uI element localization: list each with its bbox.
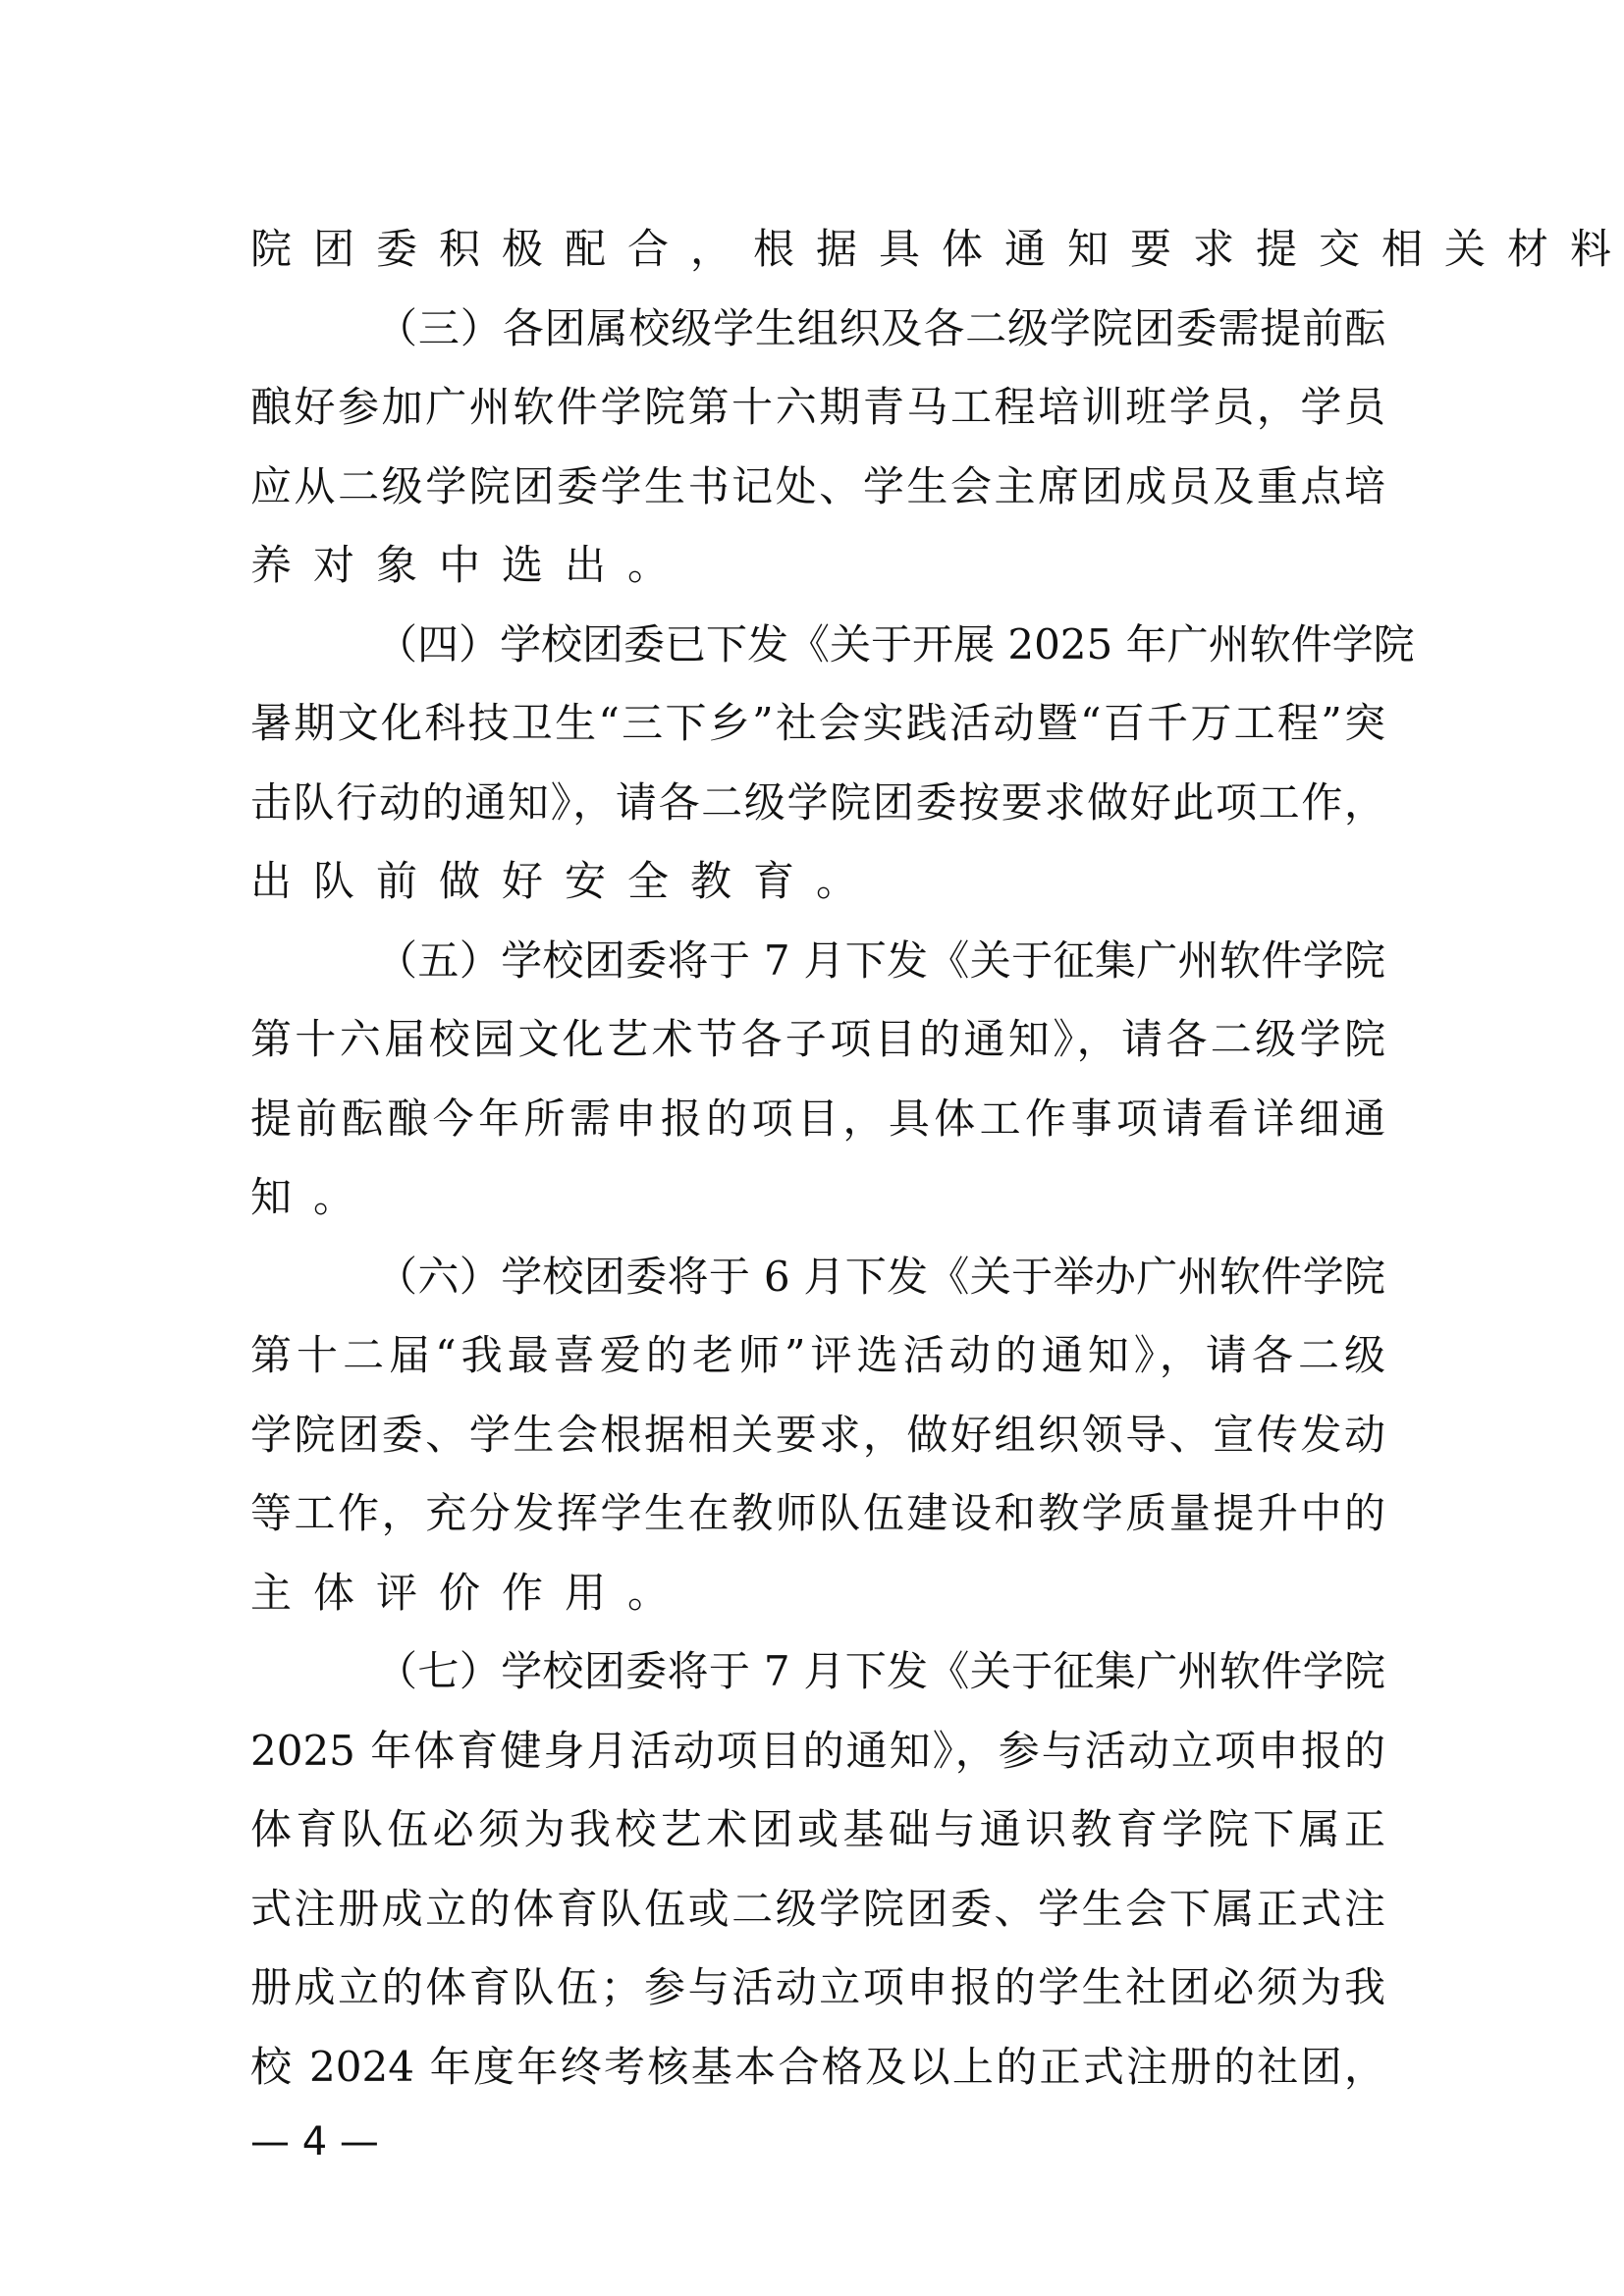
- paragraph-item-6-line: 主体评价作用。: [250, 1562, 1385, 1641]
- paragraph-item-3-line: 应从二级学院团委学生书记处、学生会主席团成员及重点培: [250, 455, 1385, 535]
- paragraph-item-3-line: 酿好参加广州软件学院第十六期青马工程培训班学员，学员: [250, 376, 1385, 455]
- paragraph-item-5-line: （五）学校团委将于 7 月下发《关于征集广州软件学院: [250, 930, 1385, 1009]
- paragraph-item-5-line: 提前酝酿今年所需申报的项目，具体工作事项请看详细通: [250, 1088, 1385, 1167]
- document-page: 院团委积极配合，根据具体通知要求提交相关材料。 （三）各团属校级学生组织及各二级…: [0, 0, 1624, 2296]
- paragraph-item-7-line: 2025 年体育健身月活动项目的通知》，参与活动立项申报的: [250, 1720, 1385, 1799]
- paragraph-item-3-line: （三）各团属校级学生组织及各二级学院团委需提前酝: [250, 297, 1385, 377]
- paragraph-item-4-line: 击队行动的通知》，请各二级学院团委按要求做好此项工作，: [250, 772, 1385, 851]
- paragraph-item-4-line: 出队前做好安全教育。: [250, 850, 1385, 930]
- paragraph-item-7-line: 册成立的体育队伍；参与活动立项申报的学生社团必须为我: [250, 1956, 1385, 2036]
- paragraph-item-7-line: 校 2024 年度年终考核基本合格及以上的正式注册的社团，: [250, 2036, 1385, 2115]
- paragraph-item-3-line: 养对象中选出。: [250, 534, 1385, 614]
- paragraph-item-4-line: 暑期文化科技卫生“三下乡”社会实践活动暨“百千万工程”突: [250, 692, 1385, 772]
- paragraph-item-7-line: 式注册成立的体育队伍或二级学院团委、学生会下属正式注: [250, 1878, 1385, 1957]
- paragraph-item-7-line: （七）学校团委将于 7 月下发《关于征集广州软件学院: [250, 1640, 1385, 1720]
- paragraph-item-6-line: （六）学校团委将于 6 月下发《关于举办广州软件学院: [250, 1246, 1385, 1325]
- paragraph-line: 院团委积极配合，根据具体通知要求提交相关材料。: [250, 218, 1385, 297]
- paragraph-item-6-line: 等工作，充分发挥学生在教师队伍建设和教学质量提升中的: [250, 1482, 1385, 1562]
- paragraph-item-6-line: 学院团委、学生会根据相关要求，做好组织领导、宣传发动: [250, 1404, 1385, 1483]
- paragraph-item-5-line: 第十六届校园文化艺术节各子项目的通知》，请各二级学院: [250, 1008, 1385, 1088]
- paragraph-item-5-line: 知。: [250, 1166, 1385, 1246]
- document-body: 院团委积极配合，根据具体通知要求提交相关材料。 （三）各团属校级学生组织及各二级…: [250, 218, 1385, 2114]
- paragraph-item-4-line: （四）学校团委已下发《关于开展 2025 年广州软件学院: [250, 614, 1385, 693]
- paragraph-item-7-line: 体育队伍必须为我校艺术团或基础与通识教育学院下属正: [250, 1798, 1385, 1878]
- paragraph-item-6-line: 第十二届“我最喜爱的老师”评选活动的通知》，请各二级: [250, 1324, 1385, 1404]
- page-number: — 4 —: [250, 2110, 379, 2173]
